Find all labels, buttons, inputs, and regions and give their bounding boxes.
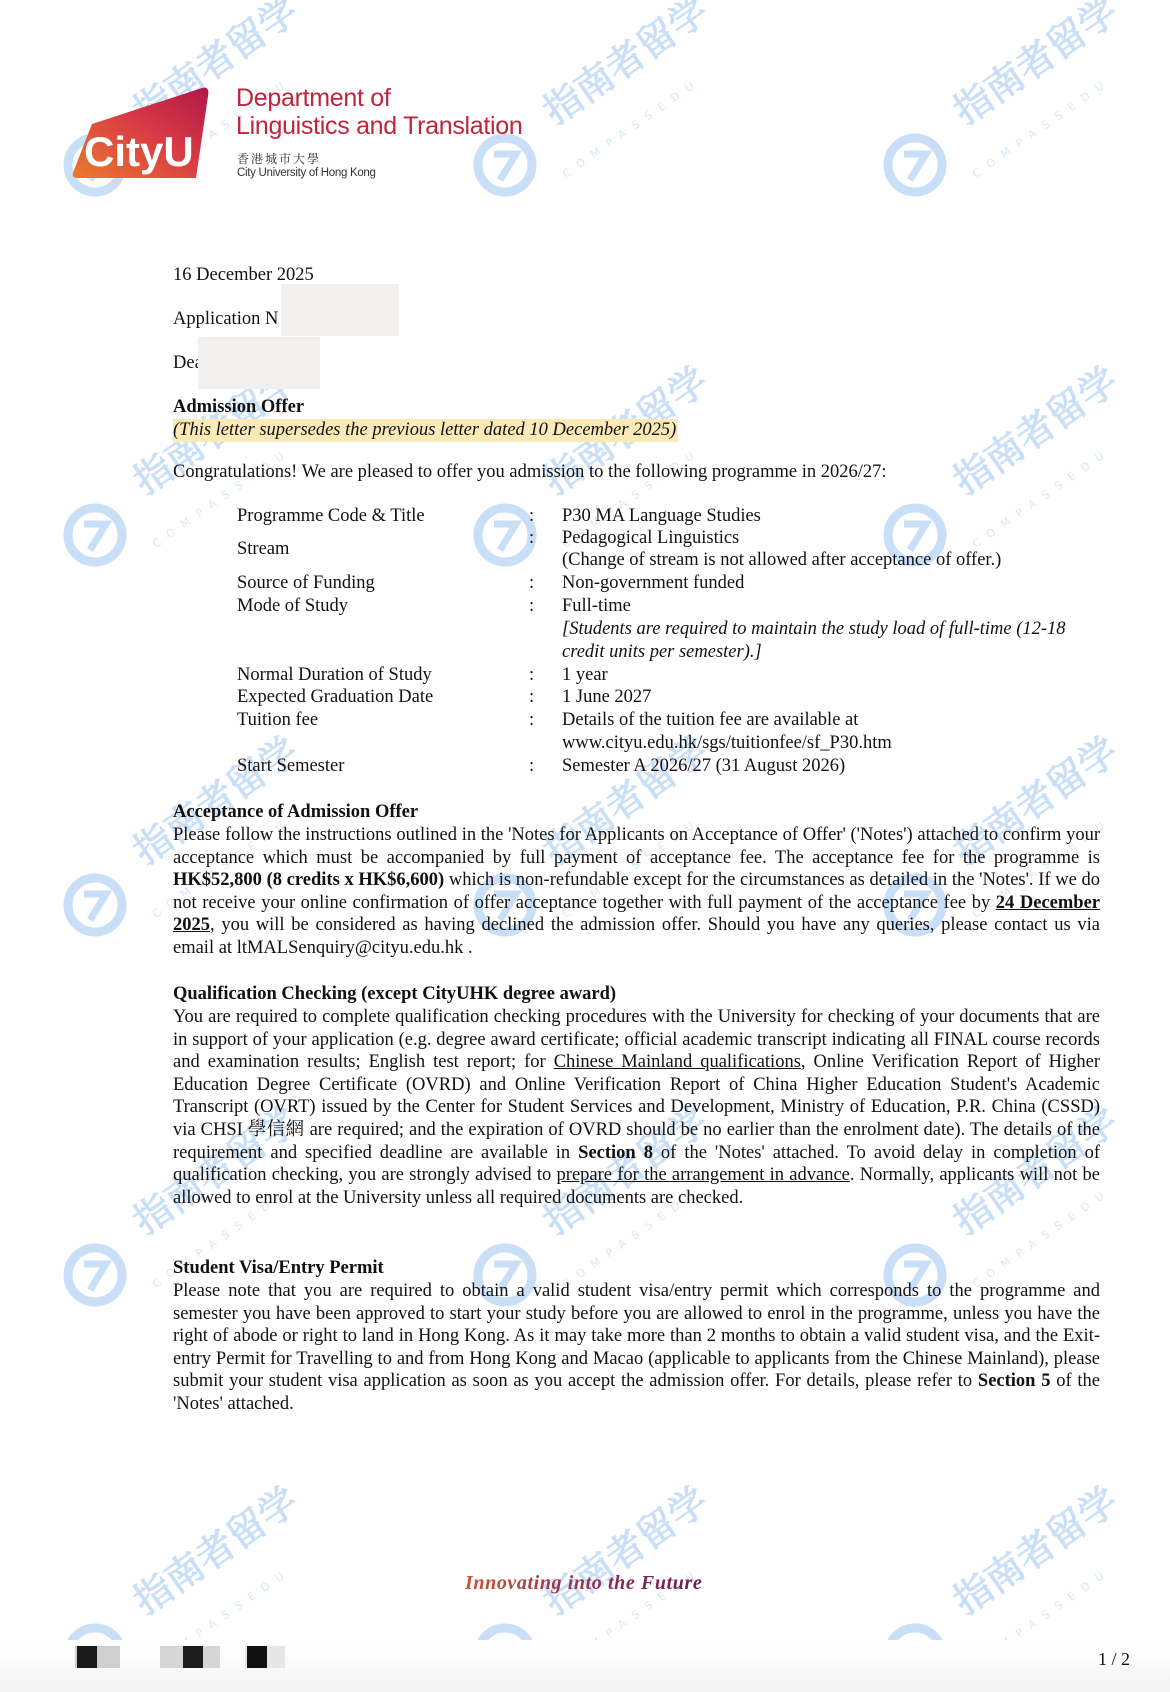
value-programme: P30 MA Language Studies (562, 505, 761, 528)
section-8-ref: Section 8 (578, 1143, 653, 1163)
label-mode: Mode of Study (237, 595, 348, 618)
watermark-icon: 指南者留学COMPASSEDU (880, 420, 1140, 570)
acceptance-fee: HK$52,800 (8 credits x HK$6,600) (173, 870, 444, 890)
visa-heading: Student Visa/Entry Permit (173, 1257, 384, 1280)
label-funding: Source of Funding (237, 572, 375, 595)
value-mode: Full-time (562, 595, 631, 618)
university-name-english: City University of Hong Kong (237, 167, 376, 179)
label-duration: Normal Duration of Study (237, 664, 432, 687)
label-programme: Programme Code & Title (237, 505, 425, 528)
value-tuition: Details of the tuition fee are available… (562, 709, 858, 732)
value-graduation: 1 June 2027 (562, 686, 651, 709)
colon: : (529, 595, 534, 618)
letter-title: Admission Offer (173, 396, 304, 419)
department-name: Department of Linguistics and Translatio… (236, 84, 523, 140)
value-funding: Non-government funded (562, 572, 744, 595)
department-line-1: Department of (236, 84, 523, 112)
enquiry-email-link[interactable]: ltMALSenquiry@cityu.edu.hk (237, 938, 464, 958)
university-name-chinese: 香港城市大學 (237, 150, 321, 167)
label-stream: Stream (237, 538, 289, 561)
colon: : (529, 709, 534, 732)
mode-note-line-2: credit units per semester).] (562, 641, 762, 664)
qualification-heading: Qualification Checking (except CityUHK d… (173, 983, 616, 1006)
cityu-logo-icon: CityU (70, 86, 210, 182)
colon: : (529, 572, 534, 595)
value-stream: Pedagogical Linguistics (562, 527, 739, 550)
svg-text:CityU: CityU (84, 128, 194, 175)
footer-tagline: Innovating into the Future (465, 1572, 702, 1595)
supersede-note: (This letter supersedes the previous let… (173, 419, 678, 442)
colon: : (529, 505, 534, 528)
label-start-semester: Start Semester (237, 755, 344, 778)
chinese-mainland-qualifications-link[interactable]: Chinese Mainland qualifications (554, 1052, 801, 1072)
colon: : (529, 755, 534, 778)
stream-note: (Change of stream is not allowed after a… (562, 549, 1001, 572)
department-line-2: Linguistics and Translation (236, 112, 523, 140)
visa-paragraph: Please note that you are required to obt… (173, 1280, 1100, 1416)
viewer-toolbar-redacted (75, 1646, 290, 1668)
value-start-semester: Semester A 2026/27 (31 August 2026) (562, 755, 845, 778)
mode-note-line-1: [Students are required to maintain the s… (562, 618, 1066, 641)
label-graduation: Expected Graduation Date (237, 686, 433, 709)
prepare-arrangement-link[interactable]: prepare for the arrangement in advance (557, 1165, 850, 1185)
acceptance-heading: Acceptance of Admission Offer (173, 801, 418, 824)
label-tuition: Tuition fee (237, 709, 318, 732)
colon: : (529, 686, 534, 709)
tuition-link[interactable]: www.cityu.edu.hk/sgs/tuitionfee/sf_P30.h… (562, 732, 892, 755)
page-indicator: 1 / 2 (1098, 1649, 1130, 1670)
redacted-application-number (281, 284, 399, 336)
section-5-ref: Section 5 (978, 1371, 1051, 1391)
intro-text: Congratulations! We are pleased to offer… (173, 461, 887, 484)
acceptance-paragraph: Please follow the instructions outlined … (173, 824, 1100, 960)
colon: : (529, 527, 534, 550)
watermark-icon: 指南者留学COMPASSEDU (880, 50, 1140, 200)
value-duration: 1 year (562, 664, 608, 687)
application-number-label: Application N (173, 308, 278, 331)
colon: : (529, 664, 534, 687)
redacted-name (198, 337, 320, 389)
qualification-paragraph: You are required to complete qualificati… (173, 1006, 1100, 1209)
